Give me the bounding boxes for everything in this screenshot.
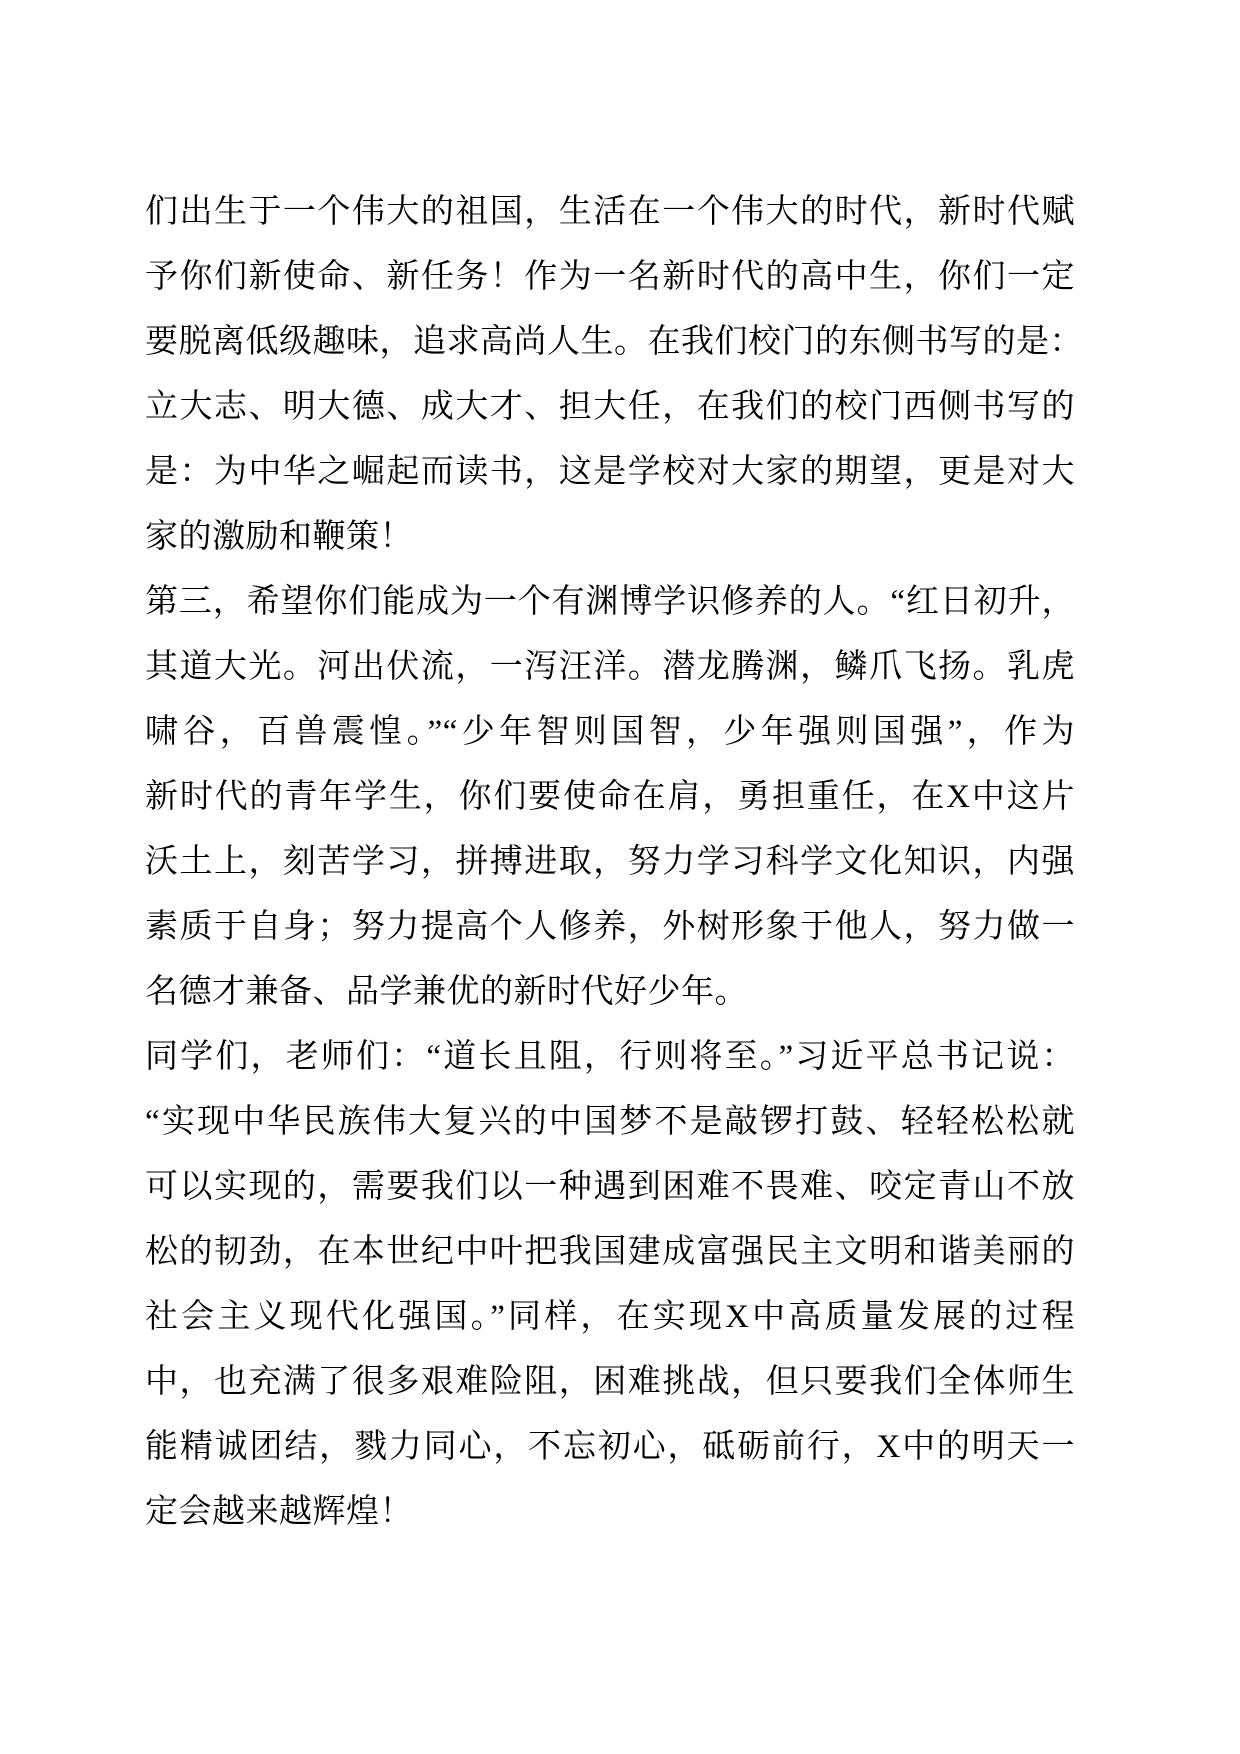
text-line: 可以实现的，需要我们以一种遇到困难不畏难、咬定青山不放 <box>145 1155 1075 1220</box>
text-line: 松的韧劲，在本世纪中叶把我国建成富强民主文明和谐美丽的 <box>145 1220 1075 1285</box>
text-line: “实现中华民族伟大复兴的中国梦不是敲锣打鼓、轻轻松松就 <box>145 1090 1075 1155</box>
text-line: 立大志、明大德、成大才、担大任，在我们的校门西侧书写的 <box>145 375 1075 440</box>
text-line: 要脱离低级趣味，追求高尚人生。在我们校门的东侧书写的是： <box>145 310 1075 375</box>
document-page: 们出生于一个伟大的祖国，生活在一个伟大的时代，新时代赋 予你们新使命、新任务！作… <box>0 0 1240 1754</box>
text-line: 社会主义现代化强国。”同样，在实现X中高质量发展的过程 <box>145 1285 1075 1350</box>
text-line: 予你们新使命、新任务！作为一名新时代的高中生，你们一定 <box>145 245 1075 310</box>
text-line: 能精诚团结，戮力同心，不忘初心，砥砺前行，X中的明天一 <box>145 1415 1075 1480</box>
text-line: 沃土上，刻苦学习，拼搏进取，努力学习科学文化知识，内强 <box>145 830 1075 895</box>
text-line: 名德才兼备、品学兼优的新时代好少年。 <box>145 960 1075 1025</box>
text-line: 是：为中华之崛起而读书，这是学校对大家的期望，更是对大 <box>145 440 1075 505</box>
document-body: 们出生于一个伟大的祖国，生活在一个伟大的时代，新时代赋 予你们新使命、新任务！作… <box>145 180 1075 1545</box>
text-line: 同学们，老师们：“道长且阻，行则将至。”习近平总书记说： <box>145 1025 1075 1090</box>
text-line: 定会越来越辉煌！ <box>145 1480 1075 1545</box>
text-line: 啸谷，百兽震惶。”“少年智则国智，少年强则国强”，作为 <box>145 700 1075 765</box>
text-line: 中，也充满了很多艰难险阻，困难挑战，但只要我们全体师生 <box>145 1350 1075 1415</box>
text-line: 素质于自身；努力提高个人修养，外树形象于他人，努力做一 <box>145 895 1075 960</box>
text-line: 第三，希望你们能成为一个有渊博学识修养的人。“红日初升， <box>145 570 1075 635</box>
text-line: 新时代的青年学生，你们要使命在肩，勇担重任，在X中这片 <box>145 765 1075 830</box>
text-line: 其道大光。河出伏流，一泻汪洋。潜龙腾渊，鳞爪飞扬。乳虎 <box>145 635 1075 700</box>
text-line: 家的激励和鞭策！ <box>145 505 1075 570</box>
text-line: 们出生于一个伟大的祖国，生活在一个伟大的时代，新时代赋 <box>145 180 1075 245</box>
